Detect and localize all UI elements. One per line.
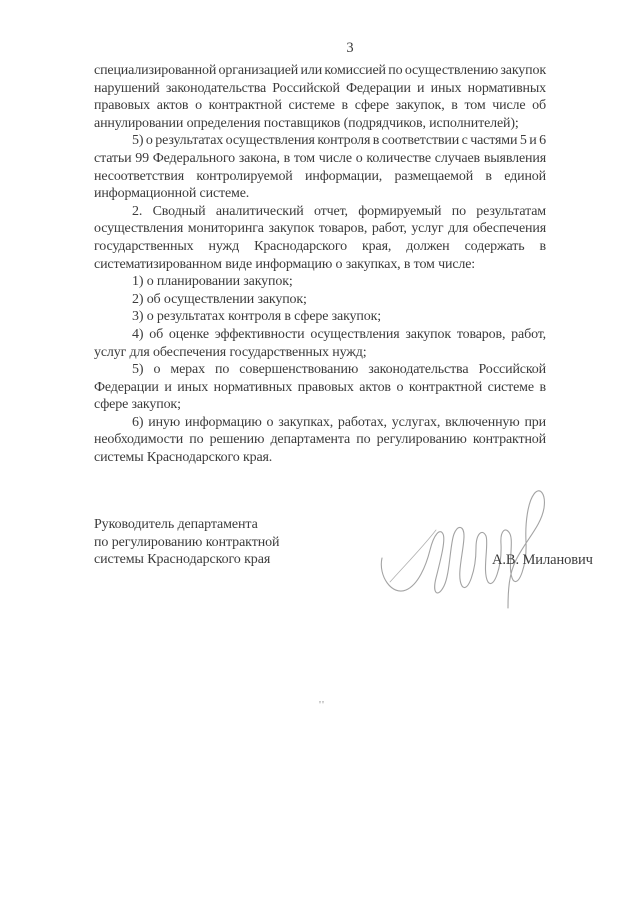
- text-line: осуществления мониторинга закупок товаро…: [94, 220, 546, 238]
- text-line: Федерации и иных нормативных правовых ак…: [94, 379, 546, 397]
- signatory-title-line: Руководитель департамента: [94, 516, 279, 534]
- text-line: 5) о мерах по совершенствованию законода…: [94, 361, 546, 379]
- signatory-title-line: системы Краснодарского края: [94, 551, 279, 569]
- text-line: системы Краснодарского края.: [94, 449, 546, 467]
- text-line: правовых актов о контрактной системе в с…: [94, 97, 546, 115]
- text-line: 5) о результатах осуществления контроля …: [94, 132, 546, 150]
- text-line: 4) об оценке эффективности осуществления…: [94, 326, 546, 344]
- text-line: информационной системе.: [94, 185, 546, 203]
- text-line: аннулировании определения поставщиков (п…: [94, 115, 546, 133]
- document-body: специализированной организацией или коми…: [94, 62, 546, 467]
- stray-mark: '': [319, 699, 325, 711]
- text-line: 6) иную информацию о закупках, работах, …: [94, 414, 546, 432]
- text-line: сфере закупок;: [94, 396, 546, 414]
- signatory-name: А.В. Миланович: [492, 552, 593, 569]
- signatory-title: Руководитель департамента по регулирован…: [94, 516, 279, 569]
- text-line: 2. Сводный аналитический отчет, формируе…: [94, 203, 546, 221]
- text-line: 2) об осуществлении закупок;: [94, 291, 546, 309]
- signatory-title-line: по регулированию контрактной: [94, 534, 279, 552]
- signature-icon: [376, 478, 560, 612]
- text-line: 1) о планировании закупок;: [94, 273, 546, 291]
- text-line: нарушений законодательства Российской Фе…: [94, 80, 546, 98]
- text-line: необходимости по решению департамента по…: [94, 431, 546, 449]
- text-line: услуг для обеспечения государственных ну…: [94, 344, 546, 362]
- text-line: несоответствия контролируемой информации…: [94, 168, 546, 186]
- text-line: статьи 99 Федерального закона, в том чис…: [94, 150, 546, 168]
- text-line: специализированной организацией или коми…: [94, 62, 546, 80]
- text-line: государственных нужд Краснодарского края…: [94, 238, 546, 256]
- text-line: 3) о результатах контроля в сфере закупо…: [94, 308, 546, 326]
- text-line: систематизированном виде информацию о за…: [94, 256, 546, 274]
- document-page: 3 специализированной организацией или ко…: [0, 0, 640, 905]
- page-number: 3: [334, 40, 366, 57]
